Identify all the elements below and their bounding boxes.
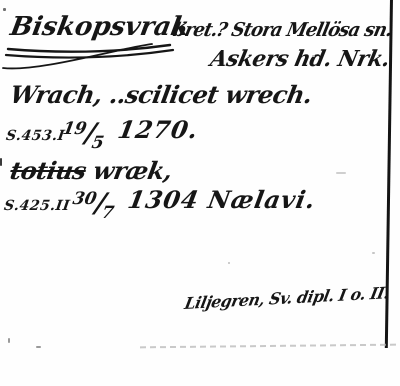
- source-signature: Liljegren, Sv. dipl. I o. II.: [183, 283, 391, 313]
- ink-speck: [228, 262, 230, 264]
- archive-card: Biskopsvrak bret.? Stora Mellösa sn. Ask…: [0, 0, 400, 386]
- gloss-line: Wrach, ..scilicet wrech.: [8, 80, 314, 109]
- ink-speck: [312, 55, 315, 57]
- date-1-month: 5: [90, 133, 105, 153]
- struck-phrase-line: totius wræk,: [8, 156, 174, 185]
- date-line-2: 30/71304 Nælavi.: [70, 184, 318, 215]
- underline-flourish-icon: [2, 42, 178, 70]
- date-2-month: 7: [100, 203, 115, 223]
- struck-rest: wræk,: [83, 156, 174, 185]
- ink-speck: [372, 252, 375, 254]
- locality-annotation: bret.? Stora Mellösa sn.: [171, 19, 394, 41]
- ink-speck: [8, 338, 10, 343]
- district-line: Askers hd. Nrk.: [208, 46, 392, 72]
- ink-speck: [3, 8, 6, 11]
- date-1-day: 19: [61, 119, 88, 139]
- ink-speck: [336, 172, 346, 174]
- struck-word: totius: [8, 156, 88, 185]
- ink-speck: [36, 346, 41, 348]
- date-2-year-place: 1304 Nælavi.: [126, 185, 319, 214]
- headword: Biskopsvrak: [8, 12, 192, 42]
- date-1-year: 1270.: [116, 115, 201, 144]
- date-line-1: 19/51270.: [60, 114, 201, 145]
- ink-speck: [0, 158, 2, 166]
- source-ref-2: S.425.II: [3, 198, 71, 214]
- date-2-day: 30: [71, 189, 98, 209]
- source-ref-1: S.453.I: [5, 128, 66, 144]
- scan-smudge-line: [140, 344, 396, 349]
